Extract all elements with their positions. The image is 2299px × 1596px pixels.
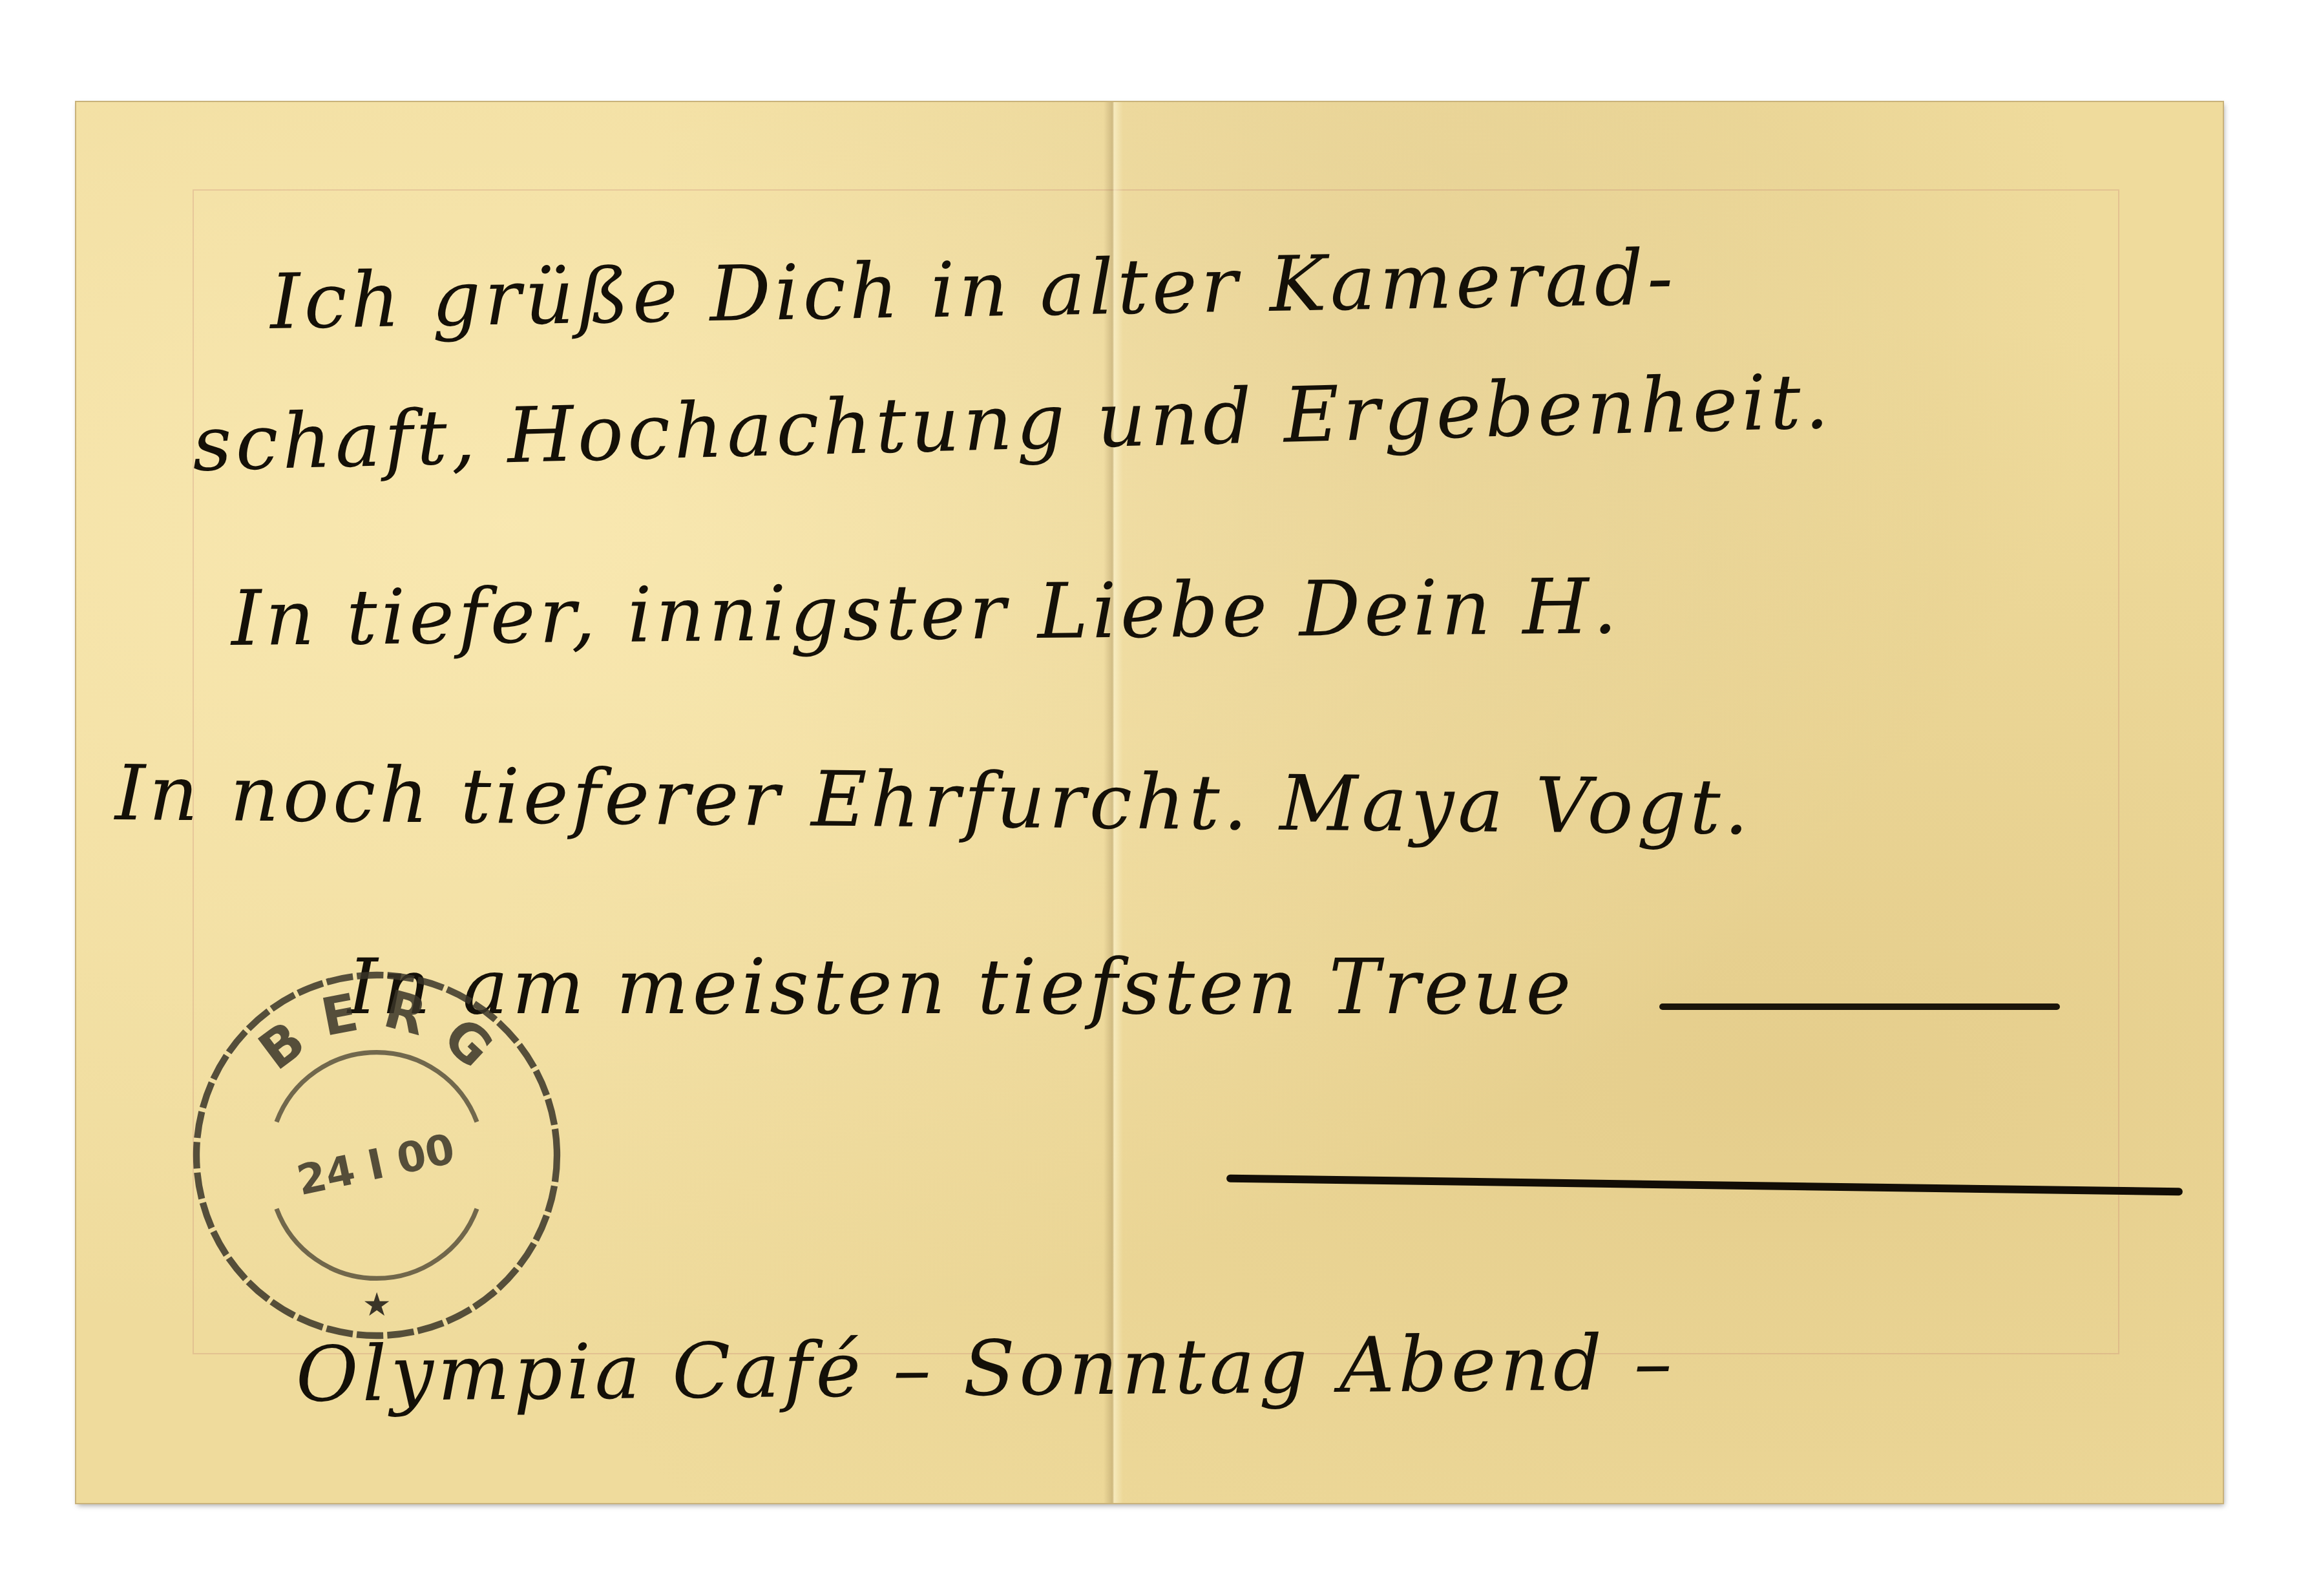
postcard: Ich grüße Dich in alter Kamerad- schaft,… <box>76 102 2223 1503</box>
handwriting-line-3: In tiefer, innigster Liebe Dein H. <box>231 562 1621 663</box>
svg-text:24 I 00: 24 I 00 <box>293 1125 459 1205</box>
signature-underline <box>1659 1003 2060 1010</box>
svg-text:★: ★ <box>362 1286 391 1323</box>
postmark-icon: BERG 24 I 00 ★ <box>176 955 577 1356</box>
postmark-stamp: BERG 24 I 00 ★ <box>176 955 577 1356</box>
handwriting-line-4: In noch tieferer Ehrfurcht. Maya Vogt. <box>114 748 1752 852</box>
